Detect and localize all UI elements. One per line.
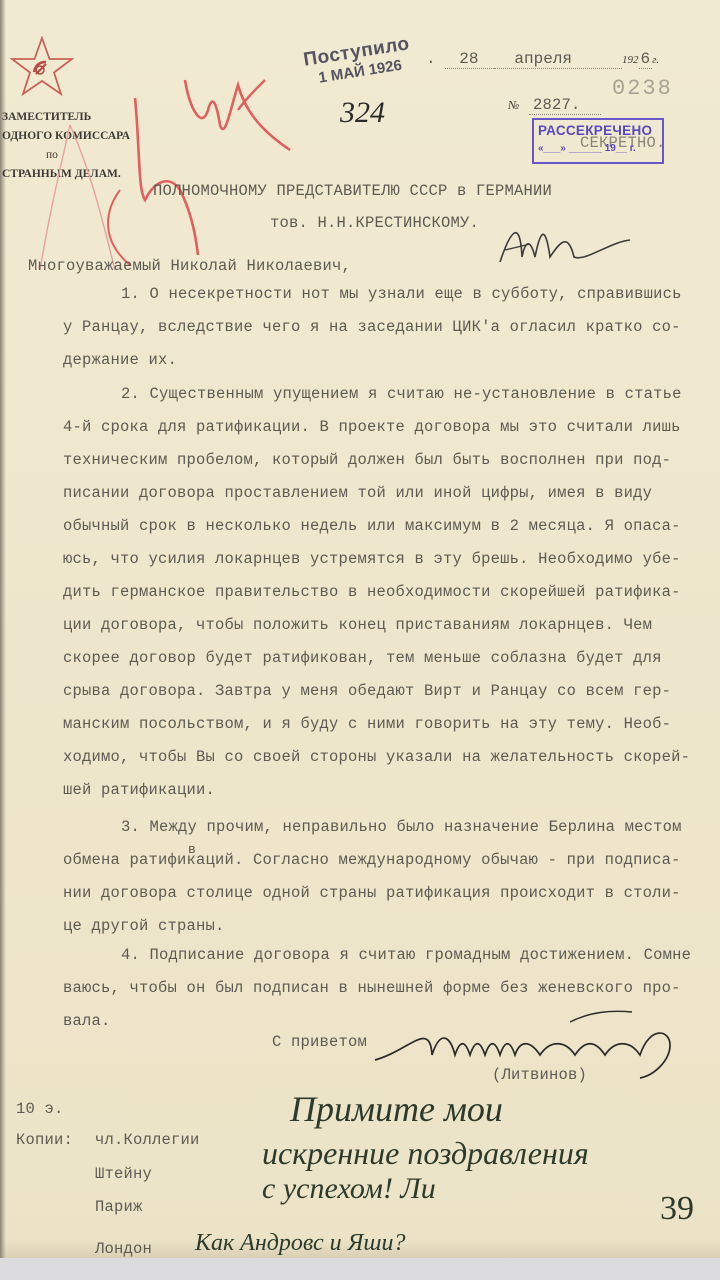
body-line: скорее договор будет ратификован, тем ме… [63,649,662,667]
body-line: шей ратификации. [63,781,215,799]
received-handwritten-number: 324 [340,96,385,130]
declassified-stamp-date: «___» ______ 19__ г. [538,143,636,154]
recipient-1: чл.Коллегии [95,1131,200,1149]
handwritten-note-number: 39 [660,1190,694,1228]
declassified-stamp: РАССЕКРЕЧЕНО «___» ______ 19__ г. [532,118,664,164]
page-left-edge [0,0,6,1262]
closing-greeting: С приветом [272,1033,367,1051]
date-dot: . [426,50,436,68]
body-line: манским посольством, и я буду с ними гов… [63,715,671,733]
body-line: 4. Подписание договора я считаю громадны… [121,946,691,964]
salutation: Многоуважаемый Николай Николаевич, [28,257,351,275]
body-line: обычный срок в несколько недель или макс… [63,517,681,535]
body-line: срыва договора. Завтра у меня обедают Ви… [63,682,671,700]
body-line: ции договора, чтобы положить конец прист… [63,616,652,634]
handwritten-note-line-3: с успехом! Ли [262,1172,436,1206]
body-line: ваюсь, чтобы он был подписан в нынешней … [63,979,681,997]
body-line: дить германское правительство в необходи… [63,583,681,601]
body-line: нии договора столице одной страны ратифи… [63,884,681,902]
body-line: юсь, что усилия локарнцев устремятся в э… [63,550,681,568]
address-line-1: ПОЛНОМОЧНОМУ ПРЕДСТАВИТЕЛЮ СССР в ГЕРМАН… [153,182,552,200]
body-line: ходимо, чтобы Вы со своей стороны указал… [63,748,690,766]
date-day: 28 [445,50,494,69]
red-pencil-resolution [20,40,300,270]
handwritten-bottom-note: Как Андровс и Яши? [195,1230,406,1257]
number-label: № [508,98,520,112]
handwritten-note-line-1: Примите мои [290,1088,503,1130]
signature-name: (Литвинов) [492,1066,587,1084]
recipient-2: Штейну [95,1165,152,1183]
copies-count: 10 э. [16,1100,64,1118]
scan-background [0,1258,720,1280]
body-line: обмена ратификаций. Согласно международн… [63,851,681,869]
address-line-2: тов. Н.Н.КРЕСТИНСКОМУ. [270,214,479,232]
body-line: писании договора проставлением той или и… [63,484,652,502]
date-year-suffix: 6 [639,50,653,69]
document-number: № 2827. [508,96,601,114]
date-year-prefix: 192 [622,54,639,66]
insertion-above: в [188,842,196,857]
date-line: . 28апреля1926г. [426,50,659,68]
body-line: 2. Существенным упущением я считаю не-ус… [121,385,682,403]
body-line: 3. Между прочим, неправильно было назнач… [121,818,682,836]
archive-number: 0238 [612,76,673,101]
body-line: держание их. [63,351,177,369]
copies-label: Копии: [16,1131,73,1149]
body-line: вала. [63,1012,111,1030]
date-month: апреля [494,50,622,69]
declassified-stamp-title: РАССЕКРЕЧЕНО [538,123,652,138]
recipient-4: Лондон [95,1240,152,1258]
recipient-3: Париж [95,1198,143,1216]
body-line: техническим пробелом, который должен был… [63,451,671,469]
number-value: 2827. [529,96,601,115]
date-year-unit: г. [652,54,659,66]
handwritten-note-line-2: искренние поздравления [262,1135,589,1172]
body-line: у Ранцау, вследствие чего я на заседании… [63,318,681,336]
body-line: 1. О несекретности нот мы узнали еще в с… [121,285,682,303]
handwritten-initials [490,212,640,272]
body-line: 4-й срока для ратификации. В проекте дог… [63,418,681,436]
body-line: це другой страны. [63,917,225,935]
